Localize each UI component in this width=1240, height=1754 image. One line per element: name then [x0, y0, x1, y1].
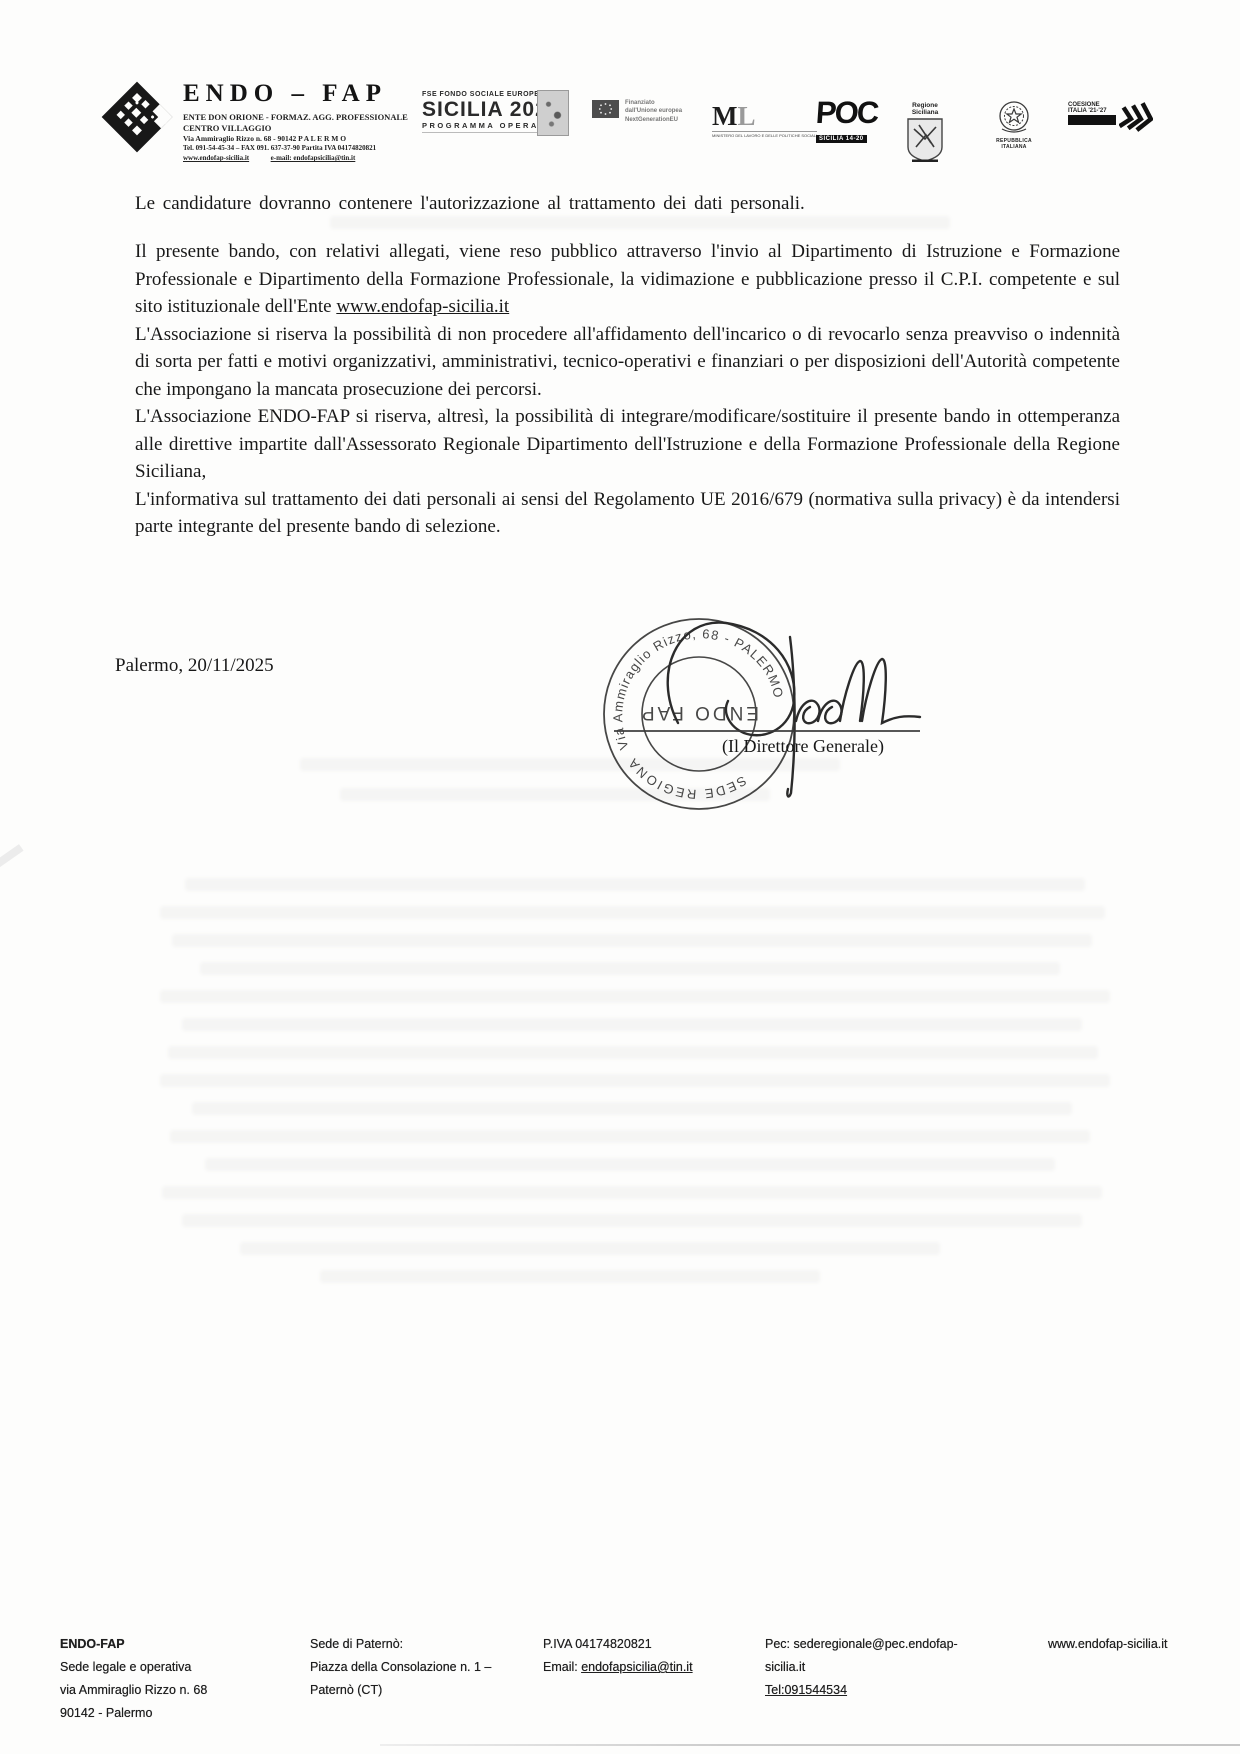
scan-edge-artifact: [0, 844, 24, 868]
ml-sub-text: MINISTERO DEL LAVORO E DELLE POLITICHE S…: [712, 131, 817, 138]
paragraph-riserva: L'Associazione si riserva la possibilità…: [135, 321, 1120, 404]
coesione-italia-logo: COESIONE ITALIA '21-'27: [1068, 102, 1153, 134]
footer-legal-address: ENDO-FAP Sede legale e operativa via Amm…: [60, 1633, 285, 1725]
footer-email-label: Email:: [543, 1660, 581, 1674]
repubblica-label: REPUBBLICA ITALIANA: [985, 138, 1043, 150]
bleedthrough-smudge: [205, 1158, 1055, 1171]
eu-flag-icon: [592, 100, 619, 118]
scanned-document-page: ENDO – FAP ENTE DON ORIONE - FORMAZ. AGG…: [0, 0, 1240, 1754]
sicilia-emblem-icon: [537, 90, 569, 136]
footer-website: www.endofap-sicilia.it: [1048, 1633, 1233, 1656]
footer-email-link: endofapsicilia@tin.it: [581, 1660, 692, 1674]
org-website: www.endofap-sicilia.it: [183, 154, 249, 162]
endofap-sicilia-link: www.endofap-sicilia.it: [336, 296, 509, 317]
repubblica-emblem-icon: [994, 98, 1034, 138]
bleedthrough-smudge: [162, 1186, 1102, 1199]
org-line2: CENTRO VILLAGGIO: [183, 123, 271, 134]
bleedthrough-smudge: [172, 934, 1092, 947]
org-line1: ENTE DON ORIONE - FORMAZ. AGG. PROFESSIO…: [183, 112, 408, 123]
footer-paterno-street: Piazza della Consolazione n. 1 –: [310, 1656, 545, 1679]
coesione-line2: ITALIA '21-'27: [1068, 108, 1116, 114]
ml-mark-m: M: [712, 101, 737, 131]
footer-org-name: ENDO-FAP: [60, 1633, 285, 1656]
regione-siciliana-label: Regione Siciliana: [900, 102, 950, 116]
bleedthrough-smudge: [185, 878, 1085, 891]
signature-line: [614, 730, 920, 732]
letter-body: Le candidature dovranno contenere l'auto…: [135, 190, 1120, 541]
bleedthrough-smudge: [160, 906, 1105, 919]
paragraph-pubblicazione-text: Il presente bando, con relativi allegati…: [135, 241, 1120, 317]
org-email: e-mail: endofapsicilia@tin.it: [271, 154, 356, 162]
place-date-line: Palermo, 20/11/2025: [115, 655, 274, 677]
bleedthrough-smudge: [160, 990, 1110, 1003]
bleedthrough-smudge: [170, 1130, 1090, 1143]
regione-siciliana-logo: Regione Siciliana: [900, 102, 950, 163]
footer-cap-city: 90142 - Palermo: [60, 1702, 285, 1725]
bleedthrough-smudge: [240, 1242, 940, 1255]
bleedthrough-smudge: [300, 758, 840, 771]
footer-pec-tel: Pec: sederegionale@pec.endofap-sicilia.i…: [765, 1633, 990, 1702]
paragraph-pubblicazione: Il presente bando, con relativi allegati…: [135, 238, 1120, 321]
eu-line1: Finanziato: [625, 99, 682, 107]
bleedthrough-smudge: [340, 788, 770, 801]
poc-mark: POC: [815, 99, 878, 127]
footer-street: via Ammiraglio Rizzo n. 68: [60, 1679, 285, 1702]
bleedthrough-smudge: [200, 962, 1060, 975]
endofap-diamond-logo-icon: [100, 80, 174, 154]
paragraph-candidature: Le candidature dovranno contenere l'auto…: [135, 190, 1120, 218]
footer-sede-paterno: Sede di Paternò:: [310, 1633, 545, 1656]
bleedthrough-smudge: [168, 1046, 1098, 1059]
scan-bottom-line-artifact: [380, 1744, 1240, 1746]
footer-pec-address: sederegionale@pec.endofap-sicilia.it: [765, 1637, 958, 1674]
paragraph-integrazione: L'Associazione ENDO-FAP si riserva, altr…: [135, 403, 1120, 486]
bleedthrough-smudge: [320, 1270, 820, 1283]
bleedthrough-smudge: [182, 1214, 1082, 1227]
bleedthrough-smudge: [330, 216, 950, 229]
coesione-arrows-icon: [1119, 102, 1153, 134]
eu-line3: NextGenerationEU: [625, 116, 682, 124]
footer-telephone: Tel:091544534: [765, 1679, 990, 1702]
footer-website-url: www.endofap-sicilia.it: [1048, 1633, 1233, 1656]
signatory-role: (Il Direttore Generale): [697, 736, 909, 757]
coesione-bar: [1068, 115, 1116, 125]
org-address: Via Ammiraglio Rizzo n. 68 - 90142 P A L…: [183, 134, 346, 143]
poc-sub-bar: SICILIA 14-20: [816, 135, 867, 143]
handwritten-signature: [560, 545, 960, 815]
footer-paterno-city: Paternò (CT): [310, 1679, 545, 1702]
footer-piva: P.IVA 04174820821: [543, 1633, 763, 1656]
org-contacts: Tel. 091-54-45-34 – FAX 091. 637-37-90 P…: [183, 144, 376, 153]
footer-piva-email: P.IVA 04174820821 Email: endofapsicilia@…: [543, 1633, 763, 1679]
ministero-lavoro-logo: ML MINISTERO DEL LAVORO E DELLE POLITICH…: [712, 103, 817, 138]
ml-mark-l: L: [737, 101, 755, 131]
brand-wordmark: ENDO – FAP: [183, 80, 387, 108]
bleedthrough-smudge: [192, 1102, 1072, 1115]
bleedthrough-smudge: [160, 1074, 1110, 1087]
footer-sede-legale: Sede legale e operativa: [60, 1656, 285, 1679]
eu-funding-logo: Finanziato dall'Unione europea NextGener…: [625, 99, 682, 124]
repubblica-italiana-logo: REPUBBLICA ITALIANA: [985, 98, 1043, 150]
eu-line2: dall'Unione europea: [625, 107, 682, 115]
paragraph-privacy: L'informativa sul trattamento dei dati p…: [135, 486, 1120, 541]
footer-paterno-address: Sede di Paternò: Piazza della Consolazio…: [310, 1633, 545, 1702]
poc-sicilia-logo: POC SICILIA 14-20: [816, 99, 877, 145]
footer-pec-label: Pec:: [765, 1637, 794, 1651]
bleedthrough-smudge: [182, 1018, 1082, 1031]
regione-shield-icon: [906, 117, 944, 163]
